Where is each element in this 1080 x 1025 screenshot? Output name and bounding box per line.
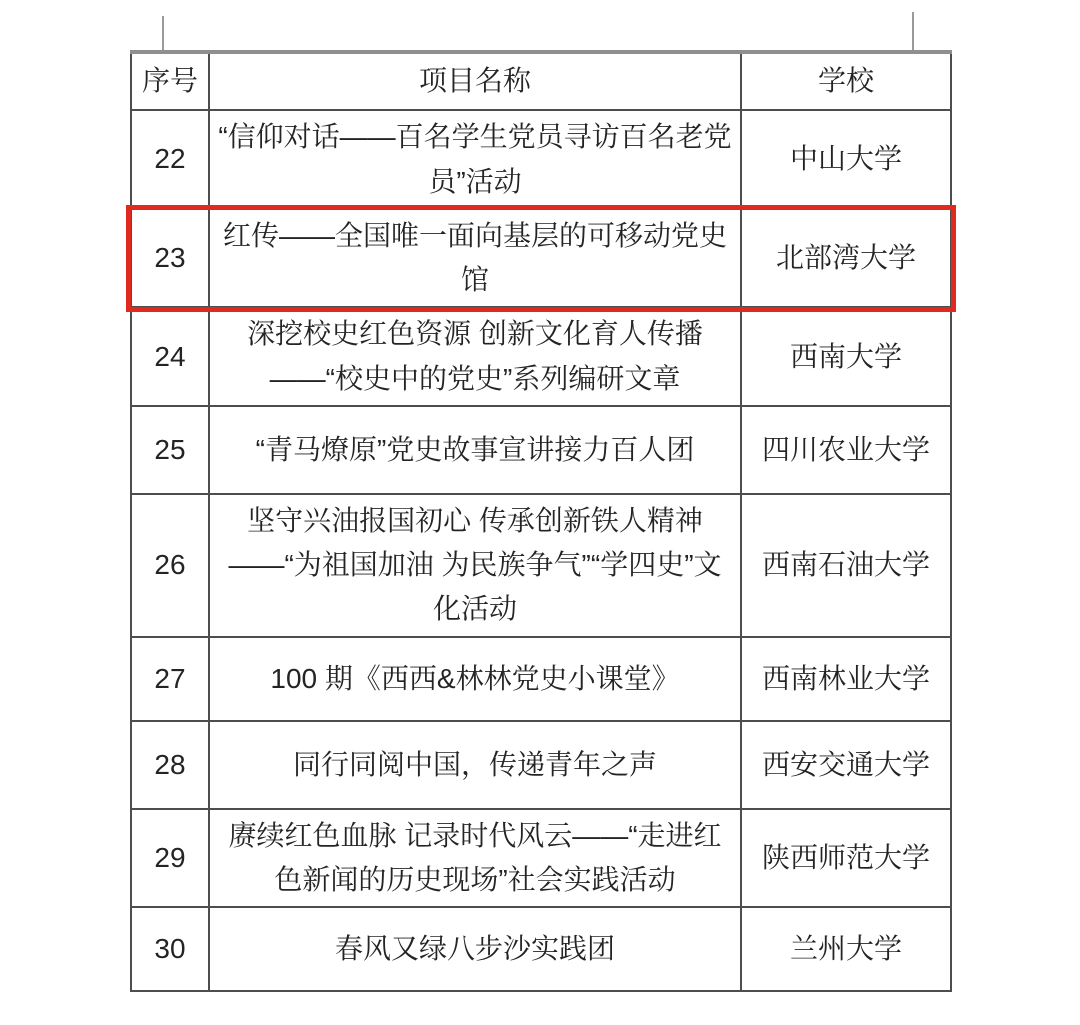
serial-cell: 30 bbox=[131, 907, 209, 991]
school-cell: 西南大学 bbox=[741, 307, 951, 405]
project-name-cell: 红传——全国唯一面向基层的可移动党史馆 bbox=[209, 209, 741, 307]
table-row: 23红传——全国唯一面向基层的可移动党史馆北部湾大学 bbox=[131, 209, 951, 307]
project-name-cell: 深挖校史红色资源 创新文化育人传播——“校史中的党史”系列编研文章 bbox=[209, 307, 741, 405]
table-row: 22“信仰对话——百名学生党员寻访百名老党员”活动中山大学 bbox=[131, 110, 951, 209]
school-cell: 西南石油大学 bbox=[741, 494, 951, 637]
serial-cell: 26 bbox=[131, 494, 209, 637]
school-cell: 北部湾大学 bbox=[741, 209, 951, 307]
serial-cell: 23 bbox=[131, 209, 209, 307]
school-cell: 陕西师范大学 bbox=[741, 809, 951, 907]
table-row: 28同行同阅中国，传递青年之声西安交通大学 bbox=[131, 721, 951, 809]
table-row: 30春风又绿八步沙实践团兰州大学 bbox=[131, 907, 951, 991]
project-name-cell: “信仰对话——百名学生党员寻访百名老党员”活动 bbox=[209, 110, 741, 209]
school-cell: 四川农业大学 bbox=[741, 406, 951, 494]
page: 序号 项目名称 学校 22“信仰对话——百名学生党员寻访百名老党员”活动中山大学… bbox=[0, 0, 1080, 1025]
serial-cell: 27 bbox=[131, 637, 209, 721]
project-name-cell: “青马燎原”党史故事宣讲接力百人团 bbox=[209, 406, 741, 494]
serial-cell: 25 bbox=[131, 406, 209, 494]
project-name-cell: 100 期《西西&林林党史小课堂》 bbox=[209, 637, 741, 721]
school-cell: 中山大学 bbox=[741, 110, 951, 209]
header-serial: 序号 bbox=[131, 52, 209, 110]
table-row: 29赓续红色血脉 记录时代风云——“走进红色新闻的历史现场”社会实践活动陕西师范… bbox=[131, 809, 951, 907]
serial-cell: 22 bbox=[131, 110, 209, 209]
header-row: 序号 项目名称 学校 bbox=[131, 52, 951, 110]
table-row: 25“青马燎原”党史故事宣讲接力百人团四川农业大学 bbox=[131, 406, 951, 494]
project-name-cell: 坚守兴油报国初心 传承创新铁人精神——“为祖国加油 为民族争气”“学四史”文化活… bbox=[209, 494, 741, 637]
serial-cell: 24 bbox=[131, 307, 209, 405]
serial-cell: 29 bbox=[131, 809, 209, 907]
crop-mark-left-icon bbox=[162, 16, 164, 50]
school-cell: 兰州大学 bbox=[741, 907, 951, 991]
project-name-cell: 春风又绿八步沙实践团 bbox=[209, 907, 741, 991]
project-name-cell: 同行同阅中国，传递青年之声 bbox=[209, 721, 741, 809]
header-school: 学校 bbox=[741, 52, 951, 110]
header-project-name: 项目名称 bbox=[209, 52, 741, 110]
serial-cell: 28 bbox=[131, 721, 209, 809]
table-row: 26坚守兴油报国初心 传承创新铁人精神——“为祖国加油 为民族争气”“学四史”文… bbox=[131, 494, 951, 637]
crop-mark-right-icon bbox=[912, 12, 914, 50]
projects-table: 序号 项目名称 学校 22“信仰对话——百名学生党员寻访百名老党员”活动中山大学… bbox=[130, 50, 952, 992]
table-row: 27100 期《西西&林林党史小课堂》西南林业大学 bbox=[131, 637, 951, 721]
table-row: 24深挖校史红色资源 创新文化育人传播——“校史中的党史”系列编研文章西南大学 bbox=[131, 307, 951, 405]
school-cell: 西南林业大学 bbox=[741, 637, 951, 721]
project-name-cell: 赓续红色血脉 记录时代风云——“走进红色新闻的历史现场”社会实践活动 bbox=[209, 809, 741, 907]
school-cell: 西安交通大学 bbox=[741, 721, 951, 809]
